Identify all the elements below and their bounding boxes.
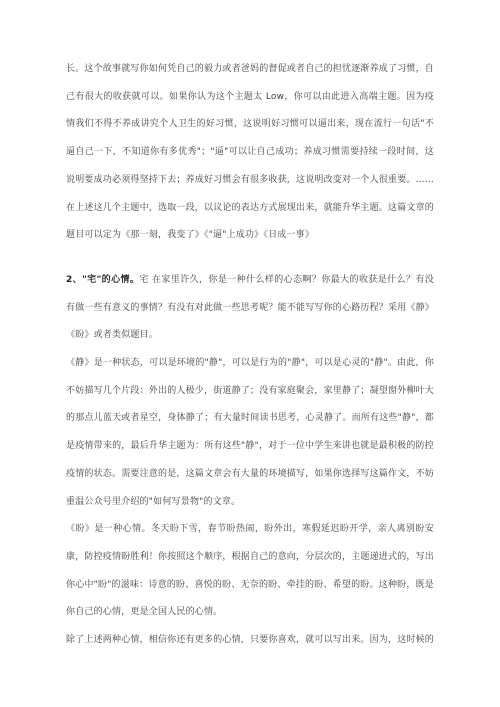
document-text-block: 长。这个故事就写你如何凭自己的毅力或者爸妈的督促或者自己的担忧逐渐养成了习惯，自… [66, 56, 434, 655]
paragraph-jing-state: 《静》是一种状态，可以是环境的"静"，可以是行为的"静"，可以是心灵的"静"。由… [66, 350, 434, 516]
paragraph-zhai-mood-heading: 2、"宅"的心情。 [66, 275, 139, 285]
paragraph-habit-topic-continuation: 长。这个故事就写你如何凭自己的毅力或者爸妈的督促或者自己的担忧逐渐养成了习惯，自… [66, 56, 434, 250]
paragraph-zhai-mood: 2、"宅"的心情。宅 在家里许久，你是一种什么样的心态啊？你最大的收获是什么？有… [66, 267, 434, 350]
document-page: 长。这个故事就写你如何凭自己的毅力或者爸妈的督促或者自己的担忧逐渐养成了习惯，自… [0, 0, 500, 707]
paragraph-pan-mood: 《盼》是一种心情。冬天盼下雪，春节盼热闹，盼外出，寒假延迟盼开学，亲人离别盼安康… [66, 516, 434, 627]
paragraph-other-moods: 除了上述两种心情，相信你还有更多的心情，只要你喜欢，就可以写出来。因为，这时候的 [66, 627, 434, 655]
